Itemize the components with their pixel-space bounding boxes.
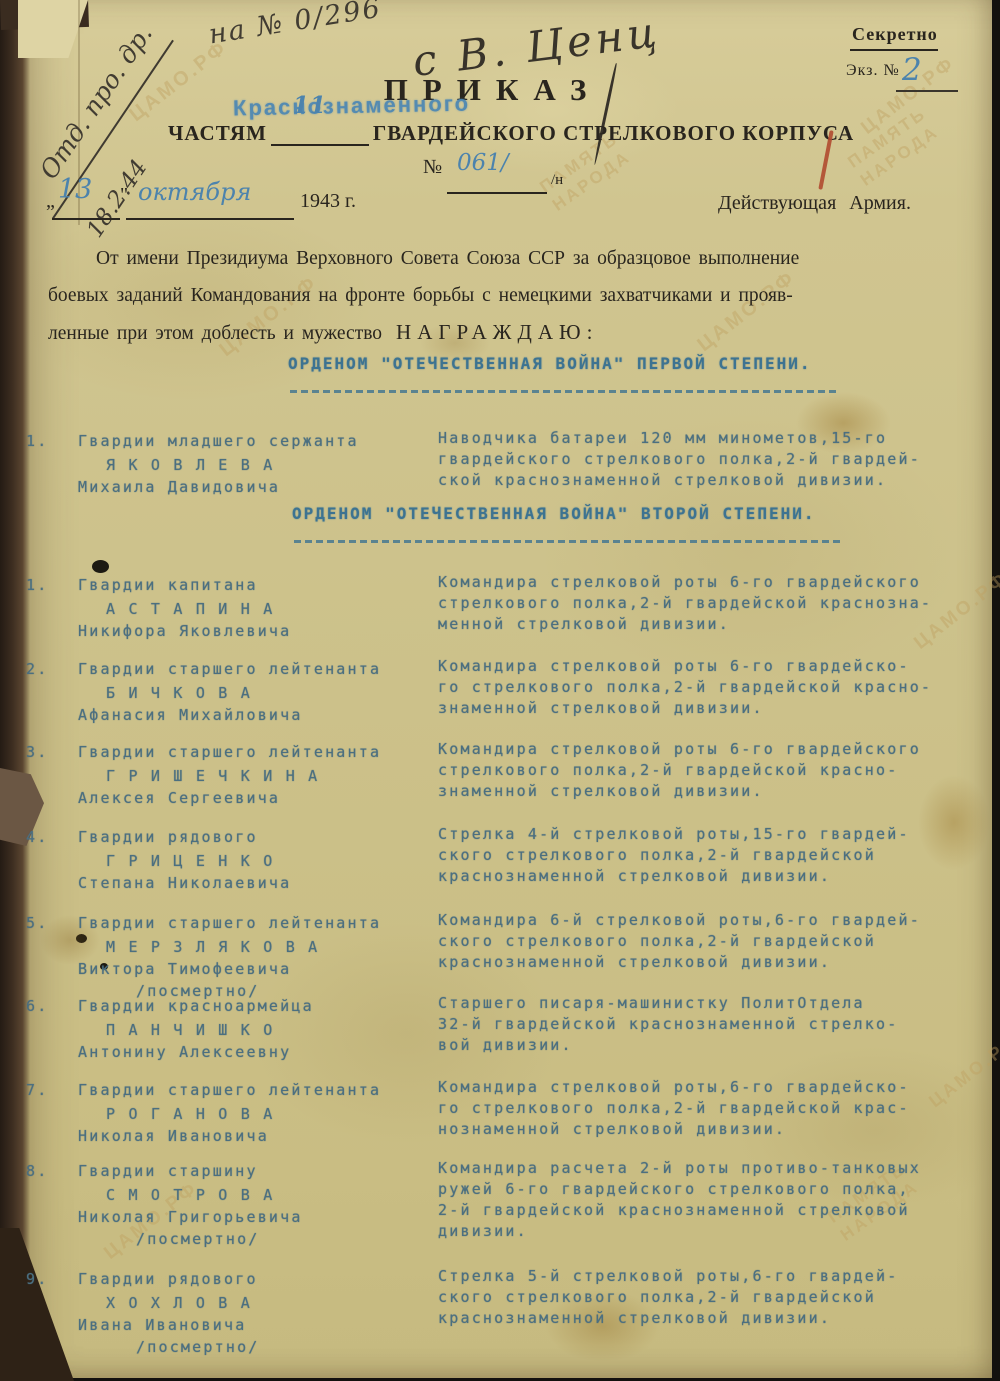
entry-number: 9. (18, 1268, 78, 1290)
entry-number: 5. (18, 912, 78, 934)
unit-name-stamp: Краснознаменного (233, 91, 471, 122)
entry-surname: М Е Р З Л Я К О В А (106, 936, 438, 958)
entry-citation: Командира расчета 2-й роты противо-танко… (438, 1158, 980, 1242)
section-heading-underline (290, 390, 838, 393)
entry-patronymic: Виктора Тимофеевича (78, 958, 438, 980)
award-entry: 5. Гвардии старшего лейтенанта М Е Р З Л… (18, 912, 980, 1002)
section-heading-first-class: ОРДЕНОМ "ОТЕЧЕСТВЕННАЯ ВОЙНА" ПЕРВОЙ СТЕ… (288, 354, 811, 373)
preamble-line3-text: ленные при этом доблесть и мужество (48, 323, 382, 344)
entry-number: 1. (18, 430, 78, 452)
preamble-paragraph: От имени Президиума Верховного Совета Со… (48, 240, 964, 352)
order-number-underline (447, 192, 547, 194)
award-entry: 2. Гвардии старшего лейтенанта Б И Ч К О… (18, 658, 980, 726)
entry-person: Гвардии старшину С М О Т Р О В А Николая… (78, 1160, 438, 1250)
unit-number-handwritten: 11 (293, 92, 327, 119)
order-number-handwritten: 061/ (457, 150, 509, 176)
entry-person: Гвардии красноармейца П А Н Ч И Ш К О Ан… (78, 995, 438, 1063)
entry-citation: Наводчика батареи 120 мм минометов,15-го… (438, 428, 980, 491)
award-entry: 6. Гвардии красноармейца П А Н Ч И Ш К О… (18, 995, 980, 1063)
document-scan: ЦАМО.РФ ЦАМО.РФ ЦАМО.РФ ЦАМО.РФ ЦАМО.РФ … (0, 0, 1000, 1381)
entry-patronymic: Михаила Давидовича (78, 476, 438, 498)
addressee-suffix: ГВАРДЕЙСКОГО СТРЕЛКОВОГО КОРПУСА (373, 121, 854, 146)
entry-person: Гвардии старшего лейтенанта Б И Ч К О В … (78, 658, 438, 726)
entry-patronymic: Никифора Яковлевича (78, 620, 438, 642)
entry-rank: Гвардии рядового (78, 826, 438, 848)
entry-rank: Гвардии младшего сержанта (78, 430, 438, 452)
award-entry: 4. Гвардии рядового Г Р И Ц Е Н К О Степ… (18, 826, 980, 894)
date-close-quote: " (120, 184, 128, 207)
entry-person: Гвардии старшего лейтенанта М Е Р З Л Я … (78, 912, 438, 1002)
day-handwritten: 13 (58, 174, 92, 205)
classification-underline (850, 49, 938, 51)
entry-rank: Гвардии старшего лейтенанта (78, 1079, 438, 1101)
entry-patronymic: Алексея Сергеевича (78, 787, 438, 809)
preamble-line3: ленные при этом доблесть и мужествоНАГРА… (48, 314, 964, 352)
day-underline (52, 218, 120, 220)
award-entry: 3. Гвардии старшего лейтенанта Г Р И Ш Е… (18, 741, 980, 809)
entry-patronymic: Николая Григорьевича (78, 1206, 438, 1228)
unit-number-blank: 11 (271, 118, 369, 146)
entry-patronymic: Степана Николаевича (78, 872, 438, 894)
award-entry: 8. Гвардии старшину С М О Т Р О В А Нико… (18, 1160, 980, 1250)
entry-citation: Старшего писаря-машинистку ПолитОтдела 3… (438, 993, 980, 1056)
year-printed: 1943 г. (300, 190, 356, 213)
entry-citation: Командира стрелковой роты 6-го гвардейск… (438, 656, 980, 719)
entry-citation: Командира стрелковой роты 6-го гвардейск… (438, 739, 980, 802)
entry-number: 2. (18, 658, 78, 680)
entry-citation: Командира 6-й стрелковой роты,6-го гвард… (438, 910, 980, 973)
entry-person: Гвардии старшего лейтенанта Р О Г А Н О … (78, 1079, 438, 1147)
entry-citation: Стрелка 4-й стрелковой роты,15-го гварде… (438, 824, 980, 887)
army-note: Действующая Армия. (718, 192, 911, 215)
award-word: НАГРАЖДАЮ: (382, 320, 598, 344)
entry-number: 4. (18, 826, 78, 848)
award-entry: 7. Гвардии старшего лейтенанта Р О Г А Н… (18, 1079, 980, 1147)
entry-number: 6. (18, 995, 78, 1017)
entry-person: Гвардии рядового Г Р И Ц Е Н К О Степана… (78, 826, 438, 894)
entry-surname: Г Р И Ц Е Н К О (106, 850, 438, 872)
document-title: ПРИКАЗ (0, 72, 985, 108)
entry-surname: С М О Т Р О В А (106, 1184, 438, 1206)
entry-patronymic: Ивана Ивановича (78, 1314, 438, 1336)
entry-posthumous: /посмертно/ (136, 1228, 438, 1250)
paper-hole (92, 560, 109, 573)
entry-rank: Гвардии старшего лейтенанта (78, 658, 438, 680)
entry-number: 7. (18, 1079, 78, 1101)
entry-rank: Гвардии старшего лейтенанта (78, 912, 438, 934)
entry-surname: Р О Г А Н О В А (106, 1103, 438, 1125)
preamble-line2: боевых заданий Командования на фронте бо… (48, 277, 964, 314)
entry-person: Гвардии младшего сержанта Я К О В Л Е В … (78, 430, 438, 498)
entry-patronymic: Николая Ивановича (78, 1125, 438, 1147)
entry-surname: П А Н Ч И Ш К О (106, 1019, 438, 1041)
entry-rank: Гвардии рядового (78, 1268, 438, 1290)
date-open-quote: „ (46, 190, 55, 213)
section-heading-underline (294, 540, 842, 543)
entry-surname: А С Т А П И Н А (106, 598, 438, 620)
entry-citation: Стрелка 5-й стрелковой роты,6-го гвардей… (438, 1266, 980, 1329)
entry-rank: Гвардии красноармейца (78, 995, 438, 1017)
entry-number: 8. (18, 1160, 78, 1182)
month-handwritten: октября (138, 178, 251, 206)
entry-patronymic: Антонину Алексеевну (78, 1041, 438, 1063)
entry-surname: Х О Х Л О В А (106, 1292, 438, 1314)
award-entry: 9. Гвардии рядового Х О Х Л О В А Ивана … (18, 1268, 980, 1358)
entry-number: 3. (18, 741, 78, 763)
entry-person: Гвардии старшего лейтенанта Г Р И Ш Е Ч … (78, 741, 438, 809)
entry-citation: Командира стрелковой роты,6-го гвардейск… (438, 1077, 980, 1140)
month-underline (126, 218, 294, 220)
addressee-line: ЧАСТЯМ 11 ГВАРДЕЙСКОГО СТРЕЛКОВОГО КОРПУ… (168, 118, 854, 146)
entry-posthumous: /посмертно/ (136, 1336, 438, 1358)
entry-citation: Командира стрелковой роты 6-го гвардейск… (438, 572, 980, 635)
entry-rank: Гвардии старшину (78, 1160, 438, 1182)
entry-person: Гвардии рядового Х О Х Л О В А Ивана Ива… (78, 1268, 438, 1358)
entry-person: Гвардии капитана А С Т А П И Н А Никифор… (78, 574, 438, 642)
section-heading-second-class: ОРДЕНОМ "ОТЕЧЕСТВЕННАЯ ВОЙНА" ВТОРОЙ СТЕ… (292, 504, 815, 523)
entry-rank: Гвардии капитана (78, 574, 438, 596)
date-line: „ 13 " октября 1943 г. (42, 182, 422, 228)
entry-surname: Г Р И Ш Е Ч К И Н А (106, 765, 438, 787)
award-entry: 1. Гвардии младшего сержанта Я К О В Л Е… (18, 430, 980, 498)
entry-surname: Я К О В Л Е В А (106, 454, 438, 476)
entry-patronymic: Афанасия Михайловича (78, 704, 438, 726)
entry-rank: Гвардии старшего лейтенанта (78, 741, 438, 763)
number-suffix: /н (551, 172, 563, 189)
order-number-line: № 061/ /н (423, 156, 593, 202)
number-label: № (423, 156, 442, 178)
entry-surname: Б И Ч К О В А (106, 682, 438, 704)
classification-label: Секретно (852, 24, 938, 45)
award-entry: 1. Гвардии капитана А С Т А П И Н А Ники… (18, 574, 980, 642)
entry-number: 1. (18, 574, 78, 596)
preamble-line1: От имени Президиума Верховного Совета Со… (48, 240, 964, 277)
addressee-prefix: ЧАСТЯМ (168, 121, 267, 146)
